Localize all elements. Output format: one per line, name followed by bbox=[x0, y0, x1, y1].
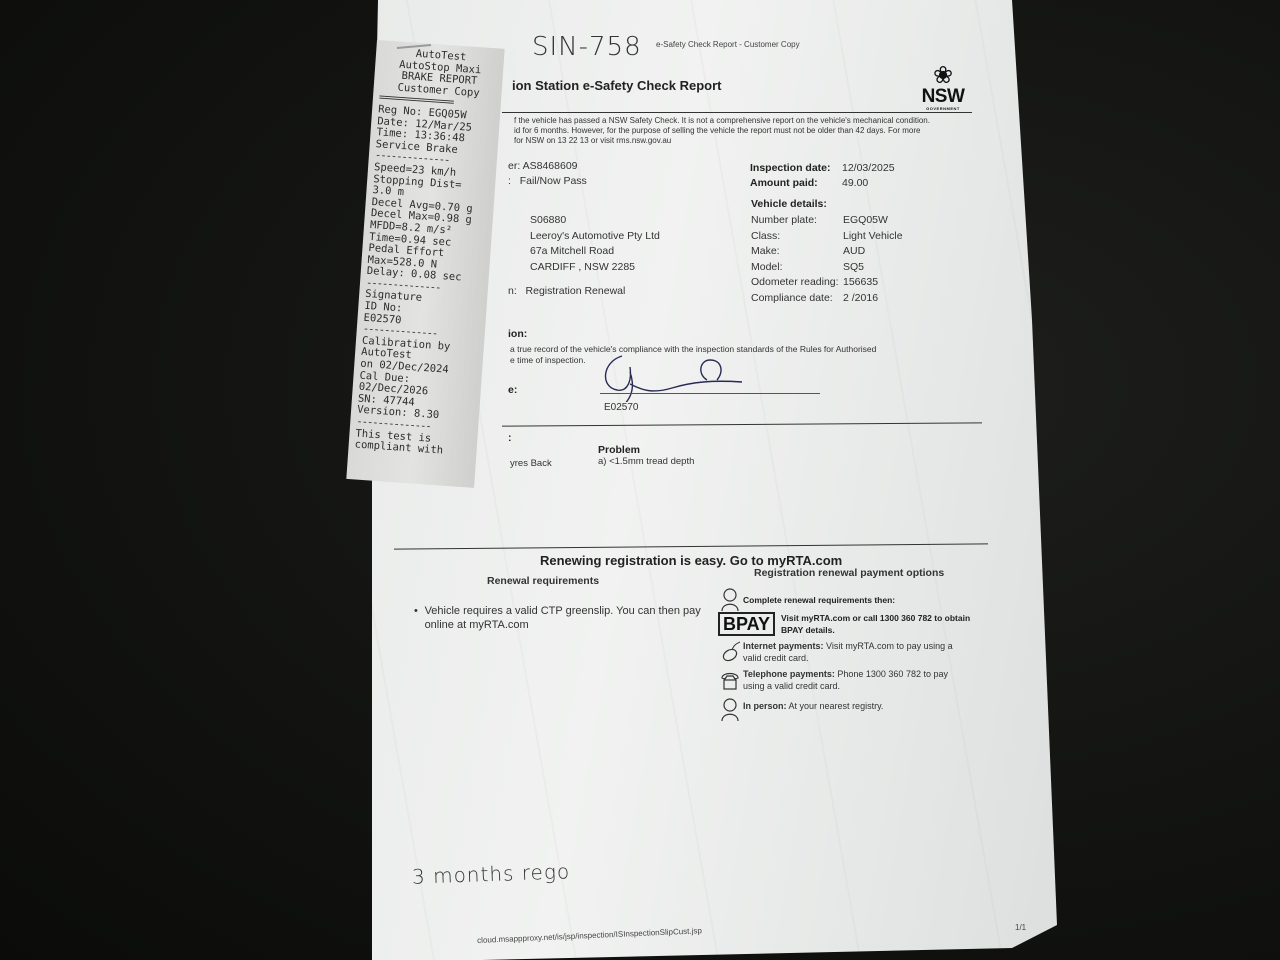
handwritten-note: 3 months rego bbox=[412, 859, 571, 889]
vehicle-details-heading: Vehicle details: bbox=[751, 198, 827, 210]
receipt-lines: Reg No: EGQ05WDate: 12/Mar/25Time: 13:36… bbox=[354, 104, 496, 459]
computer-mouse-icon bbox=[720, 640, 740, 664]
inspection-number-row: er: AS8468609 bbox=[508, 160, 578, 172]
vehicle-detail-row: Odometer reading:156635 bbox=[751, 275, 971, 291]
station-address: 67a Mitchell Road bbox=[530, 244, 660, 260]
vehicle-details-table: Number plate:EGQ05WClass:Light VehicleMa… bbox=[751, 213, 971, 306]
vehicle-detail-label: Odometer reading: bbox=[751, 275, 843, 291]
station-city: CARDIFF , NSW 2285 bbox=[530, 260, 660, 276]
nsw-government-logo: ❀ NSW GOVERNMENT bbox=[918, 64, 968, 111]
defect-problem: a) <1.5mm tread depth bbox=[598, 456, 694, 467]
payment-options-heading: Registration renewal payment options bbox=[754, 567, 944, 579]
station-details: S06880 Leeroy's Automotive Pty Ltd 67a M… bbox=[530, 213, 660, 275]
amount-paid: 49.00 bbox=[842, 177, 868, 189]
result-row: : Fail/Now Pass bbox=[508, 175, 587, 187]
vehicle-detail-row: Number plate:EGQ05W bbox=[751, 213, 971, 229]
renewal-divider bbox=[394, 543, 988, 549]
examiner-signature-icon bbox=[592, 352, 822, 402]
renewal-headline: Renewing registration is easy. Go to myR… bbox=[540, 553, 842, 568]
station-id: S06880 bbox=[530, 213, 660, 229]
defect-item: yres Back bbox=[510, 458, 552, 469]
vehicle-detail-label: Make: bbox=[751, 244, 843, 260]
header-divider bbox=[502, 112, 972, 113]
telephone-icon bbox=[720, 668, 740, 692]
payment-complete-row: Complete renewal requirements then: bbox=[720, 588, 895, 612]
person-icon bbox=[720, 698, 740, 722]
reason-row: n: Registration Renewal bbox=[508, 285, 625, 297]
renewal-requirements-heading: Renewal requirements bbox=[487, 575, 599, 587]
inspection-number: AS8468609 bbox=[523, 160, 578, 172]
staple-icon bbox=[395, 42, 435, 52]
vehicle-detail-row: Make:AUD bbox=[751, 244, 971, 260]
examiner-id: E02570 bbox=[604, 402, 638, 413]
waratah-icon: ❀ bbox=[918, 64, 968, 88]
bpay-row: BPAY Visit myRTA.com or call 1300 360 78… bbox=[718, 612, 970, 636]
vehicle-detail-label: Number plate: bbox=[751, 213, 843, 229]
signature-line bbox=[600, 393, 820, 394]
vehicle-detail-value: 156635 bbox=[843, 275, 878, 291]
vehicle-detail-row: Class:Light Vehicle bbox=[751, 229, 971, 245]
vehicle-detail-value: EGQ05W bbox=[843, 213, 888, 229]
intro-text: f the vehicle has passed a NSW Safety Ch… bbox=[514, 116, 974, 146]
in-person-payment-row: In person: At your nearest registry. bbox=[720, 698, 883, 722]
declaration-heading: ion: bbox=[508, 328, 527, 340]
vehicle-detail-label: Compliance date: bbox=[751, 291, 843, 307]
page-number: 1/1 bbox=[1015, 923, 1026, 932]
vehicle-detail-value: SQ5 bbox=[843, 260, 864, 276]
handwritten-reference: SIN-758 bbox=[532, 32, 642, 62]
vehicle-detail-value: Light Vehicle bbox=[843, 229, 903, 245]
inspection-summary: Inspection date: 12/03/2025 Amount paid:… bbox=[750, 162, 970, 189]
vehicle-detail-label: Model: bbox=[751, 260, 843, 276]
telephone-payment-row: Telephone payments: Phone 1300 360 782 t… bbox=[720, 668, 948, 692]
problem-heading: Problem bbox=[598, 444, 640, 456]
station-name: Leeroy's Automotive Pty Ltd bbox=[530, 229, 660, 245]
inspection-reason: Registration Renewal bbox=[526, 285, 626, 297]
report-title: ion Station e-Safety Check Report bbox=[512, 78, 721, 93]
vehicle-detail-value: 2 /2016 bbox=[843, 291, 878, 307]
vehicle-detail-row: Compliance date:2 /2016 bbox=[751, 291, 971, 307]
top-caption: e-Safety Check Report - Customer Copy bbox=[656, 40, 800, 49]
internet-payment-row: Internet payments: Visit myRTA.com to pa… bbox=[720, 640, 953, 664]
declaration-divider bbox=[502, 422, 982, 426]
person-icon bbox=[720, 588, 740, 612]
footer-url: cloud.msappproxy.net/is/jsp/inspection/I… bbox=[477, 926, 702, 945]
inspection-result: Fail/Now Pass bbox=[520, 175, 587, 187]
requirement-item: • Vehicle requires a valid CTP greenslip… bbox=[414, 604, 714, 632]
defects-heading: : bbox=[508, 432, 512, 444]
signature-label: e: bbox=[508, 384, 517, 396]
vehicle-detail-value: AUD bbox=[843, 244, 865, 260]
bpay-logo: BPAY bbox=[718, 612, 775, 636]
vehicle-detail-label: Class: bbox=[751, 229, 843, 245]
inspection-date: 12/03/2025 bbox=[842, 162, 895, 174]
vehicle-detail-row: Model:SQ5 bbox=[751, 260, 971, 276]
